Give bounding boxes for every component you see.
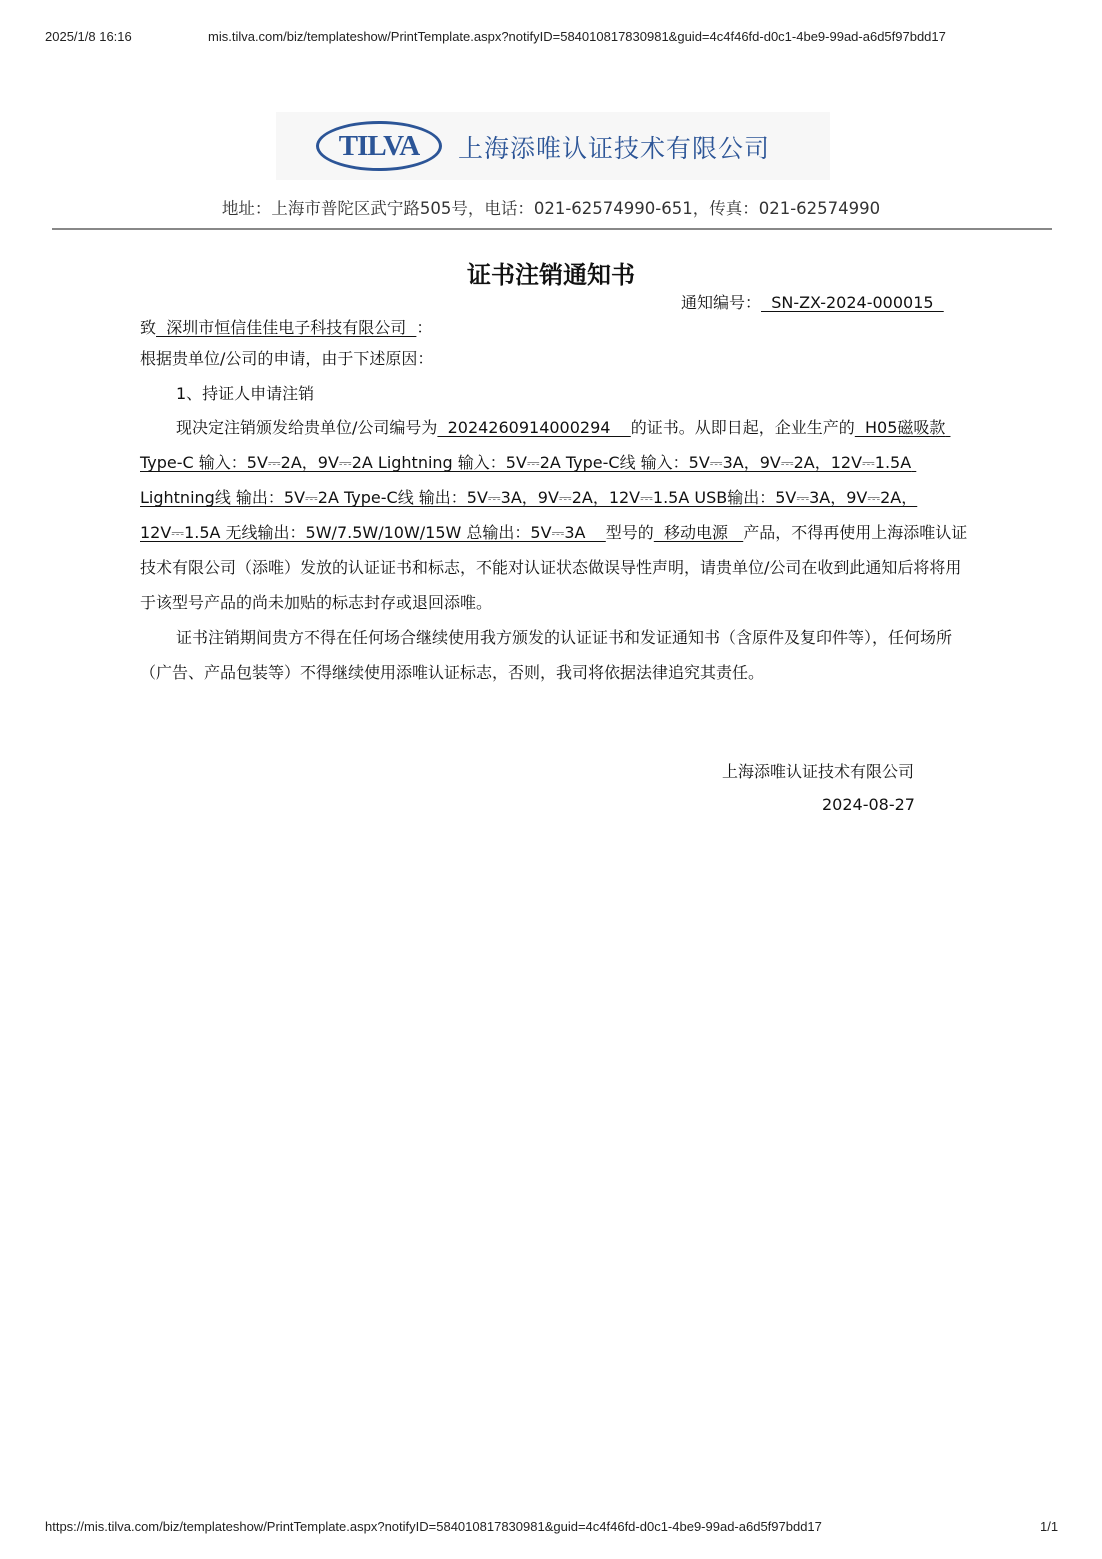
print-url: mis.tilva.com/biz/templateshow/PrintTemp… xyxy=(208,29,946,44)
print-datetime: 2025/1/8 16:16 xyxy=(45,29,132,44)
page-number: 1/1 xyxy=(1040,1519,1058,1534)
tilva-logo-icon: TILVA xyxy=(316,121,442,171)
logo-company-name: 上海添唯认证技术有限公司 xyxy=(458,129,770,165)
company-logo-banner: TILVA 上海添唯认证技术有限公司 xyxy=(276,112,830,180)
recipient-name: 深圳市恒信佳佳电子科技有限公司 xyxy=(156,318,416,337)
document-title: 证书注销通知书 xyxy=(0,255,1102,290)
cancellation-paragraph: 现决定注销颁发给贵单位/公司编号为 2024260914000294 的证书。从… xyxy=(140,410,970,620)
warning-paragraph: 证书注销期间贵方不得在任何场合继续使用我方颁发的认证证书和发证通知书（含原件及复… xyxy=(140,620,970,690)
to-prefix: 致 xyxy=(140,318,156,337)
recipient-line: 致 深圳市恒信佳佳电子科技有限公司 ： xyxy=(140,310,970,345)
para1-text-c: 型号的 xyxy=(606,523,654,542)
intro-text: 根据贵单位/公司的申请，由于下述原因： xyxy=(140,341,970,376)
footer-url: https://mis.tilva.com/biz/templateshow/P… xyxy=(45,1519,822,1534)
certificate-number: 2024260914000294 xyxy=(437,418,630,437)
company-address: 地址：上海市普陀区武宁路505号，电话：021-62574990-651，传真：… xyxy=(0,195,1102,219)
signature-company: 上海添唯认证技术有限公司 xyxy=(722,759,914,782)
reason-item: 1、持证人申请注销 xyxy=(176,376,1006,411)
signature-date: 2024-08-27 xyxy=(822,795,915,814)
para1-text-a: 现决定注销颁发给贵单位/公司编号为 xyxy=(176,418,437,437)
para1-text-b: 的证书。从即日起，企业生产的 xyxy=(631,418,855,437)
product-name: 移动电源 xyxy=(654,523,743,542)
to-suffix: ： xyxy=(416,318,432,337)
para2-text: 证书注销期间贵方不得在任何场合继续使用我方颁发的认证证书和发证通知书（含原件及复… xyxy=(140,628,952,682)
logo-mark: TILVA xyxy=(339,130,419,163)
header-divider xyxy=(52,228,1052,230)
